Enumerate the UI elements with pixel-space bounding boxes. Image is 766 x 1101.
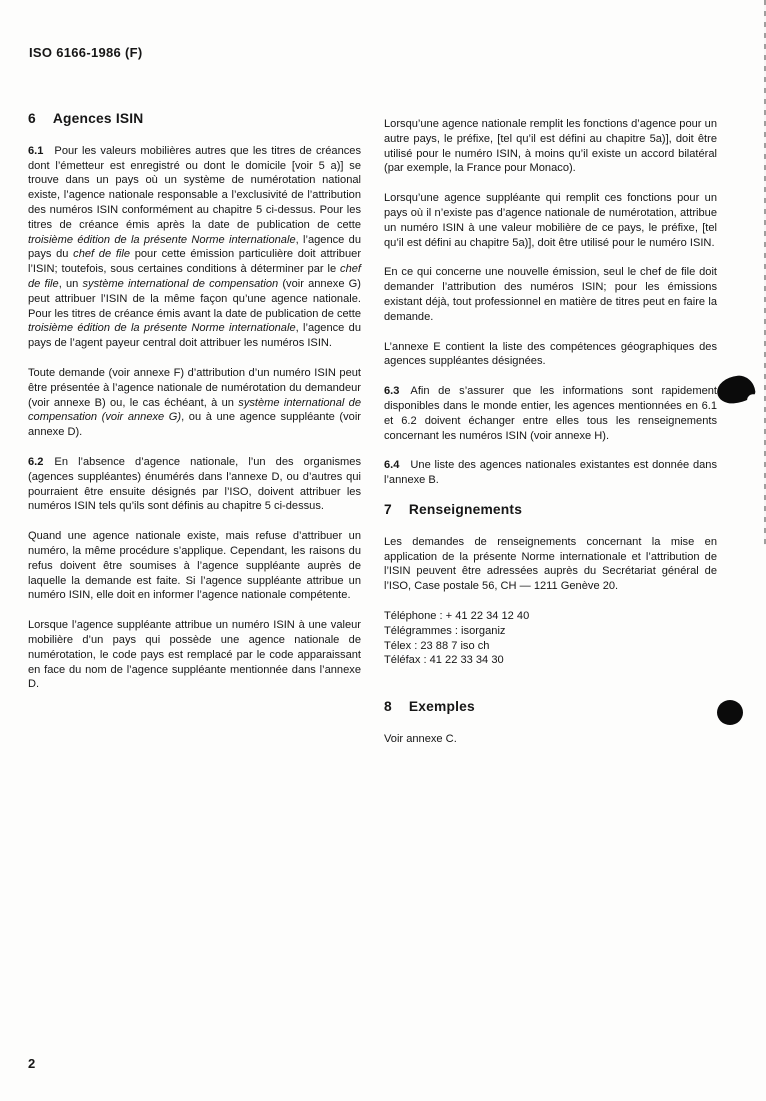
section-7-title: Renseignements: [409, 502, 522, 517]
paragraph-6-3-number: 6.3: [384, 385, 399, 397]
paragraph-6-1-number: 6.1: [28, 145, 43, 157]
contact-details: Téléphone : + 41 22 34 12 40 Télégrammes…: [384, 609, 717, 668]
paragraph-6-3: 6.3Afin de s’assurer que les information…: [384, 384, 717, 443]
paragraph-lorsque-suppleante: Lorsque l’agence suppléante attribue un …: [28, 618, 361, 692]
section-8-number: 8: [384, 699, 392, 714]
paragraph-fonctions-agence: Lorsqu’une agence nationale remplit les …: [384, 117, 717, 176]
section-7-heading: 7Renseignements: [384, 503, 717, 518]
section-6-number: 6: [28, 111, 36, 126]
section-6-heading: 6Agences ISIN: [28, 112, 361, 127]
section-6-title: Agences ISIN: [53, 111, 144, 126]
paragraph-6-3-text: Afin de s’assurer que les informations s…: [384, 385, 717, 441]
paragraph-6-2: 6.2En l’absence d’agence nationale, l’un…: [28, 455, 361, 514]
right-column: Lorsqu’une agence nationale remplit les …: [384, 117, 717, 762]
section-8-heading: 8Exemples: [384, 700, 717, 715]
standard-reference-header: ISO 6166-1986 (F): [29, 45, 143, 60]
paragraph-annexe-e: L’annexe E contient la liste des compéte…: [384, 340, 717, 370]
paragraph-6-2-text: En l’absence d’agence nationale, l’un de…: [28, 456, 361, 512]
paragraph-6-4-number: 6.4: [384, 459, 399, 471]
paragraph-renseignements: Les demandes de renseignements concernan…: [384, 535, 717, 594]
ink-dot-artifact: [717, 700, 743, 725]
paragraph-6-4: 6.4Une liste des agences nationales exis…: [384, 458, 717, 488]
paragraph-suppleante-prefixe: Lorsqu’une agence suppléante qui remplit…: [384, 191, 717, 250]
paragraph-6-1: 6.1Pour les valeurs mobilières autres qu…: [28, 144, 361, 351]
paragraph-6-4-text: Une liste des agences nationales existan…: [384, 459, 717, 486]
paragraph-6-1-text: Pour les valeurs mobilières autres que l…: [28, 145, 361, 349]
document-page: ISO 6166-1986 (F) 6Agences ISIN 6.1Pour …: [0, 0, 766, 1101]
paragraph-quand-agence: Quand une agence nationale existe, mais …: [28, 529, 361, 603]
telephone-line: Téléphone : + 41 22 34 12 40: [384, 609, 717, 624]
left-column: 6Agences ISIN 6.1Pour les valeurs mobili…: [28, 112, 361, 707]
paragraph-nouvelle-emission: En ce qui concerne une nouvelle émission…: [384, 265, 717, 324]
telex-line: Télex : 23 88 7 iso ch: [384, 639, 717, 654]
ink-smudge-artifact: [716, 374, 757, 405]
telefax-line: Téléfax : 41 22 33 34 30: [384, 653, 717, 668]
paragraph-voir-annexe-c: Voir annexe C.: [384, 732, 717, 747]
page-number: 2: [28, 1056, 35, 1071]
section-7-number: 7: [384, 502, 392, 517]
paragraph-toute-demande: Toute demande (voir annexe F) d’attribut…: [28, 366, 361, 440]
paragraph-6-2-number: 6.2: [28, 456, 43, 468]
telegrammes-line: Télégrammes : isorganiz: [384, 624, 717, 639]
section-8-title: Exemples: [409, 699, 475, 714]
